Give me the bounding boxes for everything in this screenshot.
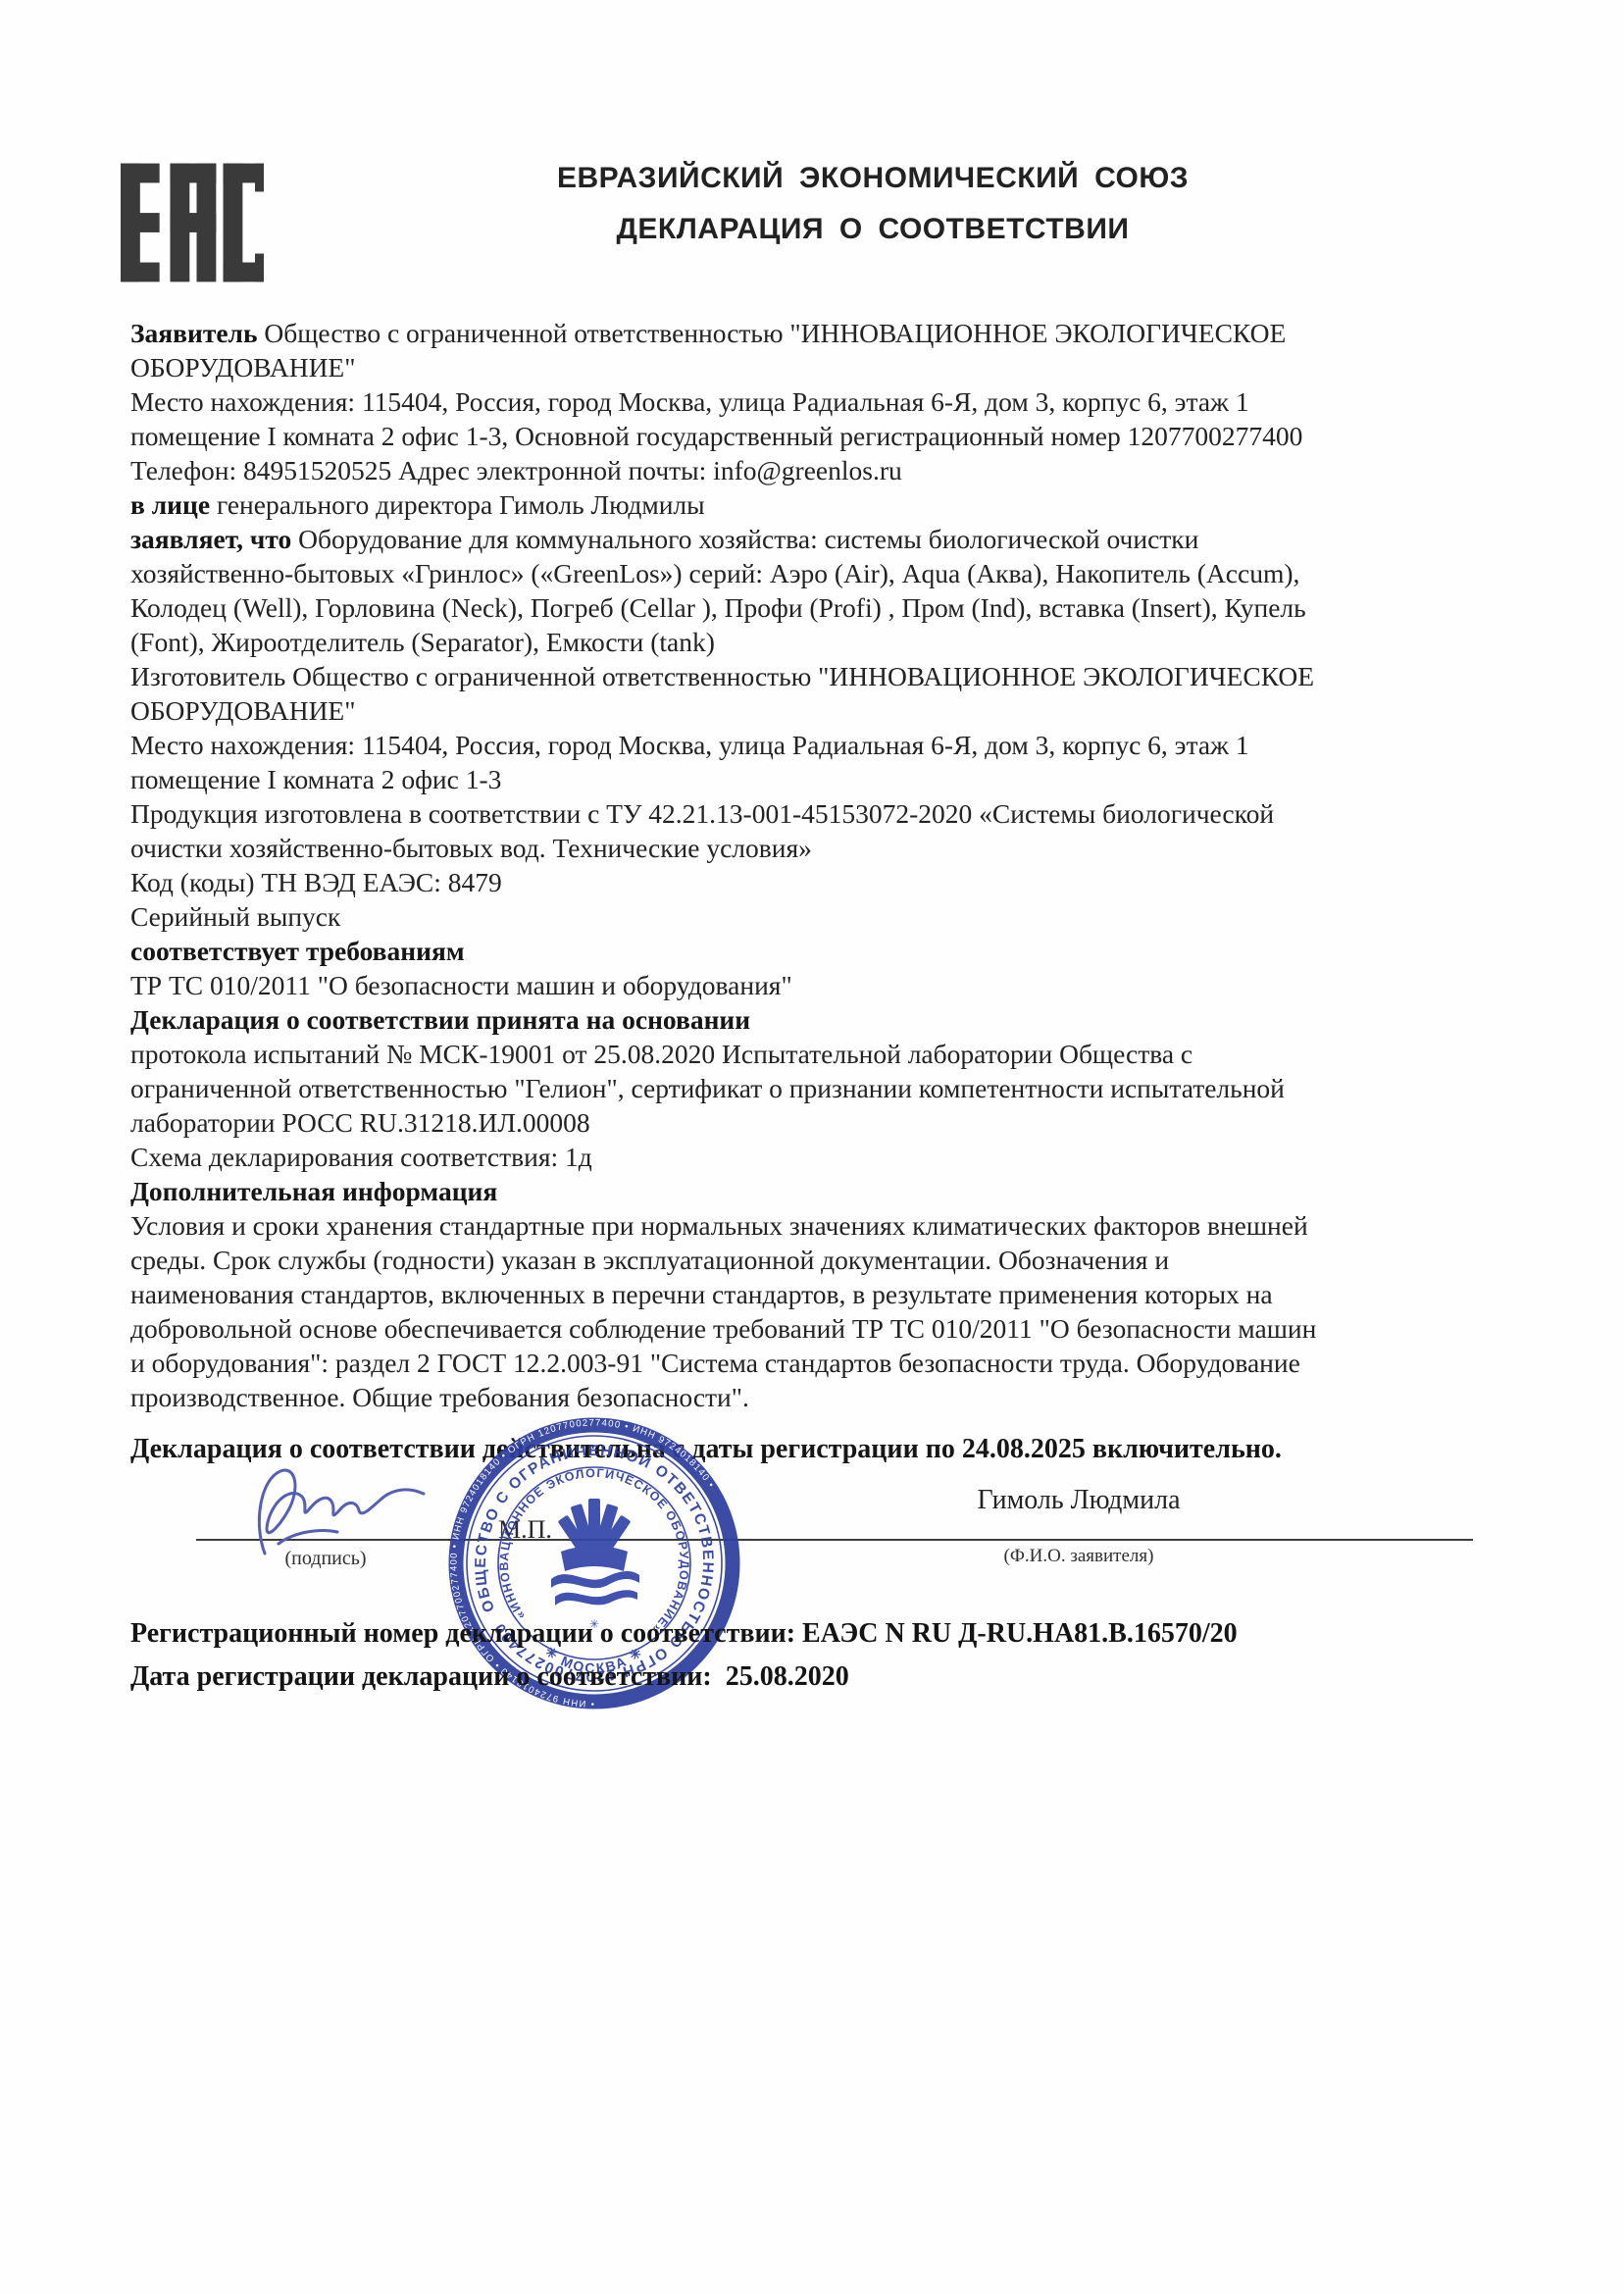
applicant-name-caption: (Ф.И.О. заявителя) xyxy=(946,1546,1211,1567)
signature-caption: (подпись) xyxy=(257,1548,394,1570)
eac-logo-icon xyxy=(121,157,264,288)
document-body: Заявитель Общество с ограниченной ответс… xyxy=(130,316,1484,1414)
registration-number-line: Регистрационный номер декларации о соотв… xyxy=(130,1618,1503,1650)
paragraph-manufacturer: Изготовитель Общество с ограниченной отв… xyxy=(130,659,1484,728)
paragraph-complies-heading: соответствует требованиям xyxy=(130,934,1484,968)
registration-date-line: Дата регистрации декларации о соответств… xyxy=(130,1661,1503,1693)
paragraph-protocol: протокола испытаний № МСК-19001 от 25.08… xyxy=(130,1037,1484,1140)
paragraph-contacts: Телефон: 84951520525 Адрес электронной п… xyxy=(130,453,1484,487)
declaration-document: ЕВРАЗИЙСКИЙ ЭКОНОМИЧЕСКИЙ СОЮЗ ДЕКЛАРАЦИ… xyxy=(0,0,1624,2294)
paragraph-serial: Серийный выпуск xyxy=(130,899,1484,934)
applicant-name: Гимоль Людмила xyxy=(922,1485,1236,1516)
title-union: ЕВРАЗИЙСКИЙ ЭКОНОМИЧЕСКИЙ СОЮЗ xyxy=(490,153,1255,204)
paragraph-basis-heading: Декларация о соответствии принята на осн… xyxy=(130,1002,1484,1037)
paragraph-declares: заявляет, что Оборудование для коммуналь… xyxy=(130,522,1484,659)
paragraph-additional-info: Условия и сроки хранения стандартные при… xyxy=(130,1208,1484,1414)
paragraph-scheme: Схема декларирования соответствия: 1д xyxy=(130,1140,1484,1174)
signature-icon xyxy=(235,1459,441,1561)
paragraph-manufacturer-address: Место нахождения: 115404, Россия, город … xyxy=(130,728,1484,796)
paragraph-tr-ts: ТР ТС 010/2011 "О безопасности машин и о… xyxy=(130,968,1484,1002)
paragraph-tnved-code: Код (коды) ТН ВЭД ЕАЭС: 8479 xyxy=(130,865,1484,899)
paragraph-address: Место нахождения: 115404, Россия, город … xyxy=(130,384,1484,453)
paragraph-applicant: Заявитель Общество с ограниченной ответс… xyxy=(130,316,1484,384)
paragraph-additional-heading: Дополнительная информация xyxy=(130,1174,1484,1208)
document-title: ЕВРАЗИЙСКИЙ ЭКОНОМИЧЕСКИЙ СОЮЗ ДЕКЛАРАЦИ… xyxy=(490,153,1255,255)
title-declaration: ДЕКЛАРАЦИЯ О СООТВЕТСТВИИ xyxy=(490,204,1255,255)
paragraph-tu: Продукция изготовлена в соответствии с Т… xyxy=(130,796,1484,865)
paragraph-represented-by: в лице генерального директора Гимоль Люд… xyxy=(130,487,1484,522)
stamp-center-logo-icon xyxy=(551,1499,639,1606)
